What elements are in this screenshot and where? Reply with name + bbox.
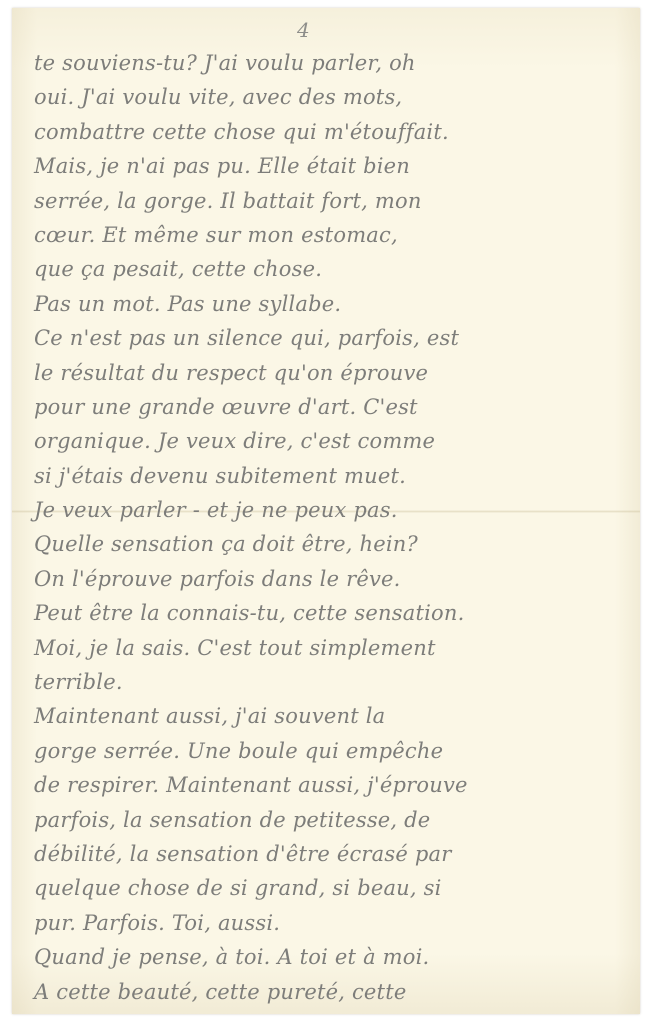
text-line: Pas un mot. Pas une syllabe. — [34, 287, 634, 321]
text-line: gorge serrée. Une boule qui empêche — [34, 734, 634, 768]
text-line: pour une grande œuvre d'art. C'est — [34, 390, 634, 424]
page-number: 4 — [297, 18, 310, 42]
text-line: Peut être la connais-tu, cette sensation… — [34, 596, 634, 630]
handwritten-text-body: te souviens-tu? J'ai voulu parler, oh ou… — [34, 46, 634, 1009]
text-line: Moi, je la sais. C'est tout simplement — [34, 631, 634, 665]
text-line: On l'éprouve parfois dans le rêve. — [34, 562, 634, 596]
text-line: Quand je pense, à toi. A toi et à moi. — [34, 940, 634, 974]
text-line: quelque chose de si grand, si beau, si — [34, 871, 634, 905]
text-line: cœur. Et même sur mon estomac, — [34, 218, 634, 252]
text-line: serrée, la gorge. Il battait fort, mon — [34, 184, 634, 218]
text-line: Ce n'est pas un silence qui, parfois, es… — [34, 321, 634, 355]
text-line: parfois, la sensation de petitesse, de — [34, 803, 634, 837]
text-line: pur. Parfois. Toi, aussi. — [34, 906, 634, 940]
text-line: Mais, je n'ai pas pu. Elle était bien — [34, 149, 634, 183]
text-line: Quelle sensation ça doit être, hein? — [34, 527, 634, 561]
text-line: que ça pesait, cette chose. — [34, 252, 634, 286]
text-line: Je veux parler - et je ne peux pas. — [34, 493, 634, 527]
text-line: A cette beauté, cette pureté, cette — [34, 975, 634, 1009]
text-line: débilité, la sensation d'être écrasé par — [34, 837, 634, 871]
text-line: Maintenant aussi, j'ai souvent la — [34, 699, 634, 733]
text-line: te souviens-tu? J'ai voulu parler, oh — [34, 46, 634, 80]
text-line: oui. J'ai voulu vite, avec des mots, — [34, 80, 634, 114]
text-line: si j'étais devenu subitement muet. — [34, 459, 634, 493]
letter-page: 4 te souviens-tu? J'ai voulu parler, oh … — [12, 8, 640, 1014]
text-line: terrible. — [34, 665, 634, 699]
text-line: combattre cette chose qui m'étouffait. — [34, 115, 634, 149]
text-line: de respirer. Maintenant aussi, j'éprouve — [34, 768, 634, 802]
text-line: organique. Je veux dire, c'est comme — [34, 424, 634, 458]
text-line: le résultat du respect qu'on éprouve — [34, 356, 634, 390]
